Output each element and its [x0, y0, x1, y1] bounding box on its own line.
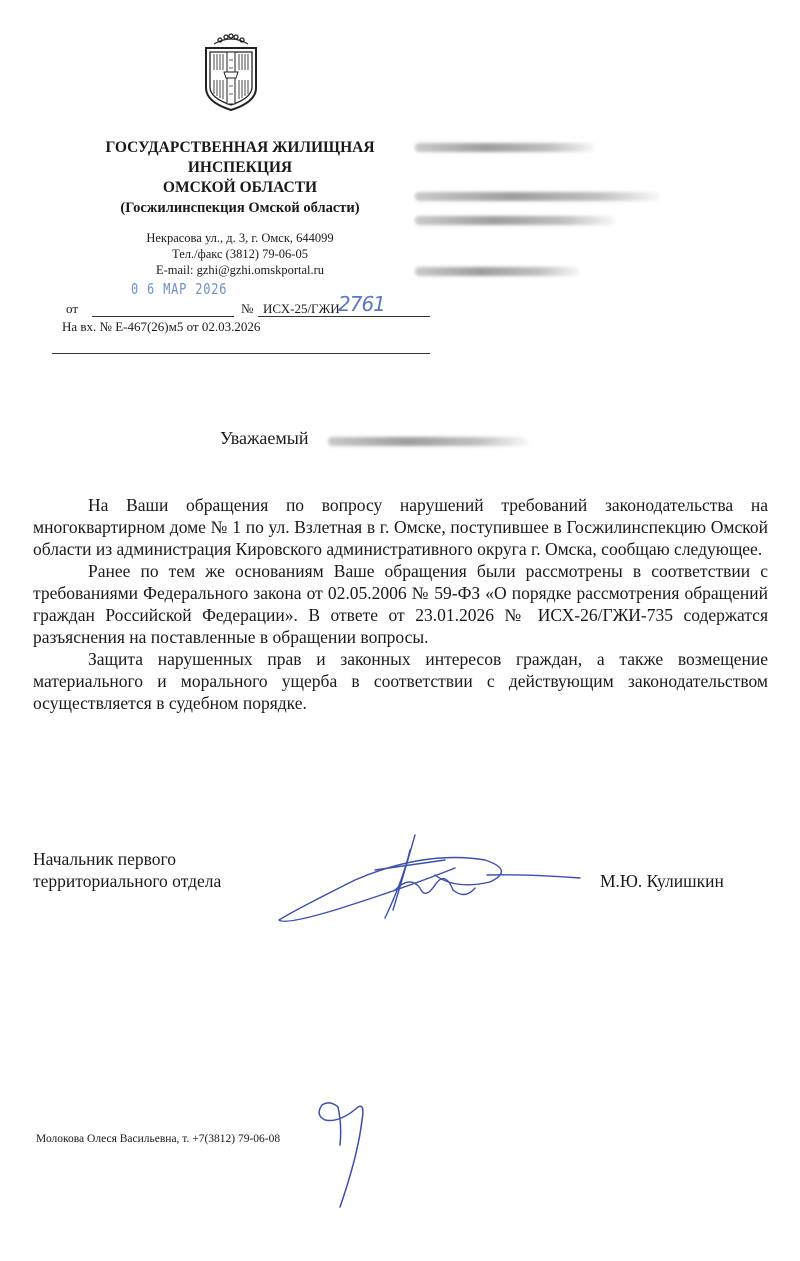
org-address: Некрасова ул., д. 3, г. Омск, 644099 — [60, 230, 420, 246]
paragraph-2: Ранее по тем же основаниям Ваше обращени… — [33, 560, 768, 648]
number-label: № — [241, 301, 253, 317]
from-label: от — [66, 301, 78, 317]
incoming-reference: На вх. № Е-467(26)м5 от 02.03.2026 — [62, 319, 260, 335]
org-phone: Тел./факс (3812) 79-06-05 — [60, 246, 420, 262]
header-divider — [52, 353, 430, 354]
handwritten-number: 2761 — [338, 292, 385, 316]
signatory-name: М.Ю. Кулишкин — [600, 870, 724, 892]
initial-mark-icon — [310, 1095, 370, 1215]
org-name-short: (Госжилинспекция Омской области) — [60, 198, 420, 218]
recipient-redacted-line-1 — [415, 143, 595, 152]
paragraph-3: Защита нарушенных прав и законных интере… — [33, 648, 768, 714]
paragraph-1: На Ваши обращения по вопросу нарушений т… — [33, 494, 768, 560]
greeting: Уважаемый — [220, 428, 309, 449]
recipient-redacted-line-3 — [415, 216, 615, 225]
org-contacts: Некрасова ул., д. 3, г. Омск, 644099 Тел… — [60, 230, 420, 278]
position-line-1: Начальник первого — [33, 848, 221, 870]
executor-info: Молокова Олеся Васильевна, т. +7(3812) 7… — [36, 1133, 280, 1145]
outgoing-number: ИСХ-25/ГЖИ- — [263, 301, 344, 317]
org-name: ГОСУДАРСТВЕННАЯ ЖИЛИЩНАЯ ИНСПЕКЦИЯ ОМСКО… — [60, 138, 420, 218]
signature-scribble-icon — [275, 830, 595, 935]
recipient-name-redacted — [328, 437, 528, 446]
org-name-line-1: ГОСУДАРСТВЕННАЯ ЖИЛИЩНАЯ — [60, 138, 420, 158]
coat-of-arms-icon — [200, 30, 262, 112]
date-underline — [92, 316, 234, 317]
position-line-2: территориального отдела — [33, 870, 221, 892]
org-email: E-mail: gzhi@gzhi.omskportal.ru — [60, 262, 420, 278]
recipient-redacted-line-2 — [415, 192, 660, 201]
letter-body: На Ваши обращения по вопросу нарушений т… — [33, 494, 768, 714]
org-name-line-3: ОМСКОЙ ОБЛАСТИ — [60, 178, 420, 198]
signatory-position: Начальник первого территориального отдел… — [33, 848, 221, 892]
recipient-redacted-line-4 — [415, 267, 580, 276]
org-name-line-2: ИНСПЕКЦИЯ — [60, 158, 420, 178]
date-stamp: 0 6 МАР 2026 — [131, 280, 227, 298]
